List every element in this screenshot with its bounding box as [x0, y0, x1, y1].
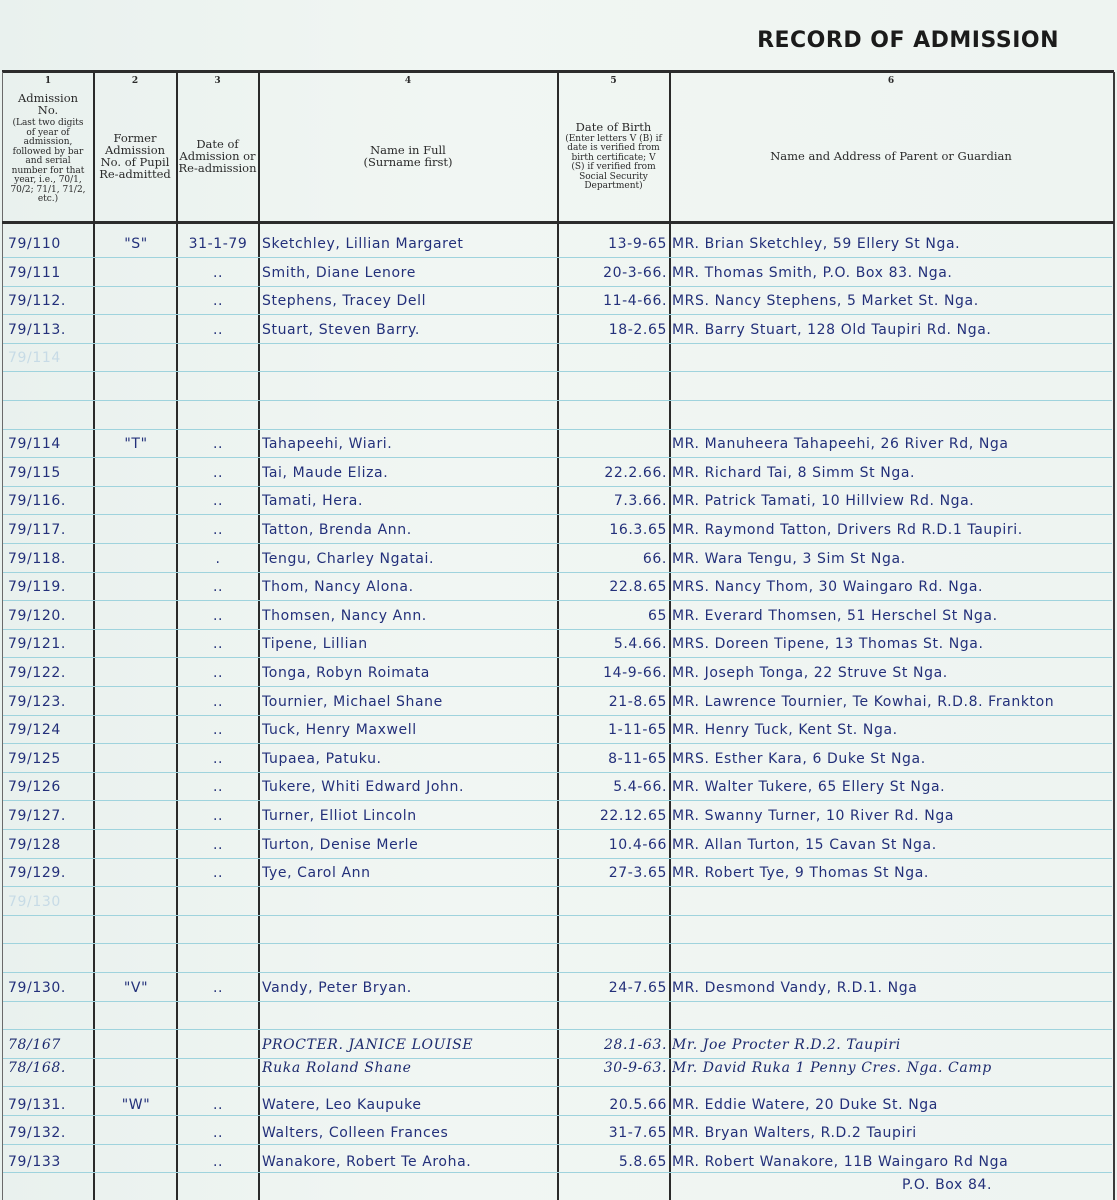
parent-guardian-cell: MR. Joseph Tonga, 22 Struve St Nga.	[672, 659, 1112, 687]
parent-guardian-cell: MRS. Nancy Thom, 30 Waingaro Rd. Nga.	[672, 573, 1112, 601]
admission-number-cell: 79/111	[8, 259, 92, 287]
parent-guardian-cell: MRS. Doreen Tipene, 13 Thomas St. Nga.	[672, 630, 1112, 658]
admission-date-cell: .	[180, 545, 256, 573]
column-divider	[557, 72, 559, 1200]
column-note: (Enter letters V (B) if date is verified…	[564, 135, 664, 192]
admission-date-cell: ..	[180, 516, 256, 544]
admission-number-cell: 79/130	[8, 888, 92, 916]
former-admission-cell	[100, 888, 172, 916]
date-of-birth-cell: 10.4-66	[560, 831, 667, 859]
former-admission-cell	[100, 344, 172, 372]
pupil-name-cell: Tai, Maude Eliza.	[262, 459, 556, 487]
date-of-birth-cell: 1-11-65	[560, 716, 667, 744]
admission-number-cell: 79/126	[8, 773, 92, 801]
column-heading: Admission No.	[18, 92, 78, 116]
column-heading: Name and Address of Parent or Guardian	[770, 150, 1012, 162]
admission-date-cell: ..	[180, 1091, 256, 1119]
date-of-birth-cell	[560, 1171, 667, 1199]
column-header-parent-guardian: 6 Name and Address of Parent or Guardian	[670, 76, 1112, 220]
former-admission-cell: "V"	[100, 974, 172, 1002]
admission-date-cell: ..	[180, 287, 256, 315]
ruled-line	[3, 943, 1112, 944]
admission-number-cell: 79/118.	[8, 545, 92, 573]
admission-number-cell: 79/116.	[8, 487, 92, 515]
column-note: (Surname first)	[363, 156, 452, 168]
admission-date-cell	[180, 888, 256, 916]
parent-guardian-cell: MR. Eddie Watere, 20 Duke St. Nga	[672, 1091, 1112, 1119]
date-of-birth-cell: 22.12.65	[560, 802, 667, 830]
parent-guardian-cell: MR. Patrick Tamati, 10 Hillview Rd. Nga.	[672, 487, 1112, 515]
ruled-line	[3, 400, 1112, 401]
column-number: 1	[45, 76, 51, 86]
date-of-birth-cell: 22.8.65	[560, 573, 667, 601]
column-header-admission-no: 1 Admission No. (Last two digits of year…	[3, 76, 93, 220]
pupil-name-cell: Tonga, Robyn Roimata	[262, 659, 556, 687]
date-of-birth-cell: 30-9-63.	[560, 1054, 667, 1082]
pupil-name-cell: Walters, Colleen Frances	[262, 1119, 556, 1147]
column-divider	[258, 72, 260, 1200]
parent-guardian-cell: MR. Everard Thomsen, 51 Herschel St Nga.	[672, 602, 1112, 630]
former-admission-cell	[100, 602, 172, 630]
pupil-name-cell	[262, 1171, 556, 1199]
admission-date-cell	[180, 344, 256, 372]
parent-guardian-cell: MR. Thomas Smith, P.O. Box 83. Nga.	[672, 259, 1112, 287]
date-of-birth-cell	[560, 344, 667, 372]
parent-guardian-cell: MR. Allan Turton, 15 Cavan St Nga.	[672, 831, 1112, 859]
admission-number-cell: 79/121.	[8, 630, 92, 658]
parent-guardian-cell: Mr. David Ruka 1 Penny Cres. Nga. Camp	[672, 1054, 1112, 1082]
former-admission-cell	[100, 773, 172, 801]
date-of-birth-cell	[560, 888, 667, 916]
parent-guardian-cell: MR. Swanny Turner, 10 River Rd. Nga	[672, 802, 1112, 830]
admission-date-cell: ..	[180, 316, 256, 344]
admission-date-cell: ..	[180, 630, 256, 658]
pupil-name-cell: Tatton, Brenda Ann.	[262, 516, 556, 544]
admission-number-cell: 79/115	[8, 459, 92, 487]
date-of-birth-cell: 18-2.65	[560, 316, 667, 344]
column-header-date-of-admission: 3 Date of Admission or Re-admission	[177, 76, 258, 220]
former-admission-cell	[100, 516, 172, 544]
date-of-birth-cell: 14-9-66.	[560, 659, 667, 687]
date-of-birth-cell: 65	[560, 602, 667, 630]
former-admission-cell	[100, 487, 172, 515]
former-admission-cell	[100, 802, 172, 830]
parent-guardian-cell: MRS. Nancy Stephens, 5 Market St. Nga.	[672, 287, 1112, 315]
column-note: (Last two digits of year of admission, f…	[7, 119, 89, 205]
pupil-name-cell	[262, 344, 556, 372]
former-admission-cell: "W"	[100, 1091, 172, 1119]
pupil-name-cell: Watere, Leo Kaupuke	[262, 1091, 556, 1119]
former-admission-cell: "S"	[100, 230, 172, 258]
admission-date-cell: ..	[180, 430, 256, 458]
parent-guardian-cell: MR. Bryan Walters, R.D.2 Taupiri	[672, 1119, 1112, 1147]
admission-number-cell: 79/114	[8, 430, 92, 458]
admission-number-cell: 79/130.	[8, 974, 92, 1002]
admission-date-cell: ..	[180, 745, 256, 773]
parent-guardian-cell: MR. Brian Sketchley, 59 Ellery St Nga.	[672, 230, 1112, 258]
column-heading: Date of Birth	[564, 121, 664, 133]
parent-guardian-cell: MR. Walter Tukere, 65 Ellery St Nga.	[672, 773, 1112, 801]
parent-guardian-cell: MR. Wara Tengu, 3 Sim St Nga.	[672, 545, 1112, 573]
pupil-name-cell: Sketchley, Lillian Margaret	[262, 230, 556, 258]
column-number: 6	[888, 76, 894, 86]
admission-date-cell: ..	[180, 688, 256, 716]
parent-guardian-cell: MR. Henry Tuck, Kent St. Nga.	[672, 716, 1112, 744]
admission-number-cell: 79/128	[8, 831, 92, 859]
pupil-name-cell: Tipene, Lillian	[262, 630, 556, 658]
admission-date-cell: ..	[180, 259, 256, 287]
date-of-birth-cell: 8-11-65	[560, 745, 667, 773]
admission-number-cell: 79/125	[8, 745, 92, 773]
former-admission-cell	[100, 573, 172, 601]
column-heading: Former Admission No. of Pupil Re-admitte…	[98, 132, 172, 180]
pupil-name-cell: Tukere, Whiti Edward John.	[262, 773, 556, 801]
column-number: 4	[405, 76, 411, 86]
former-admission-cell	[100, 859, 172, 887]
admission-number-cell: 79/132.	[8, 1119, 92, 1147]
parent-guardian-cell: MR. Manuheera Tahapeehi, 26 River Rd, Ng…	[672, 430, 1112, 458]
column-divider	[93, 72, 95, 1200]
date-of-birth-cell	[560, 430, 667, 458]
admission-date-cell: ..	[180, 459, 256, 487]
parent-guardian-cell	[672, 888, 1112, 916]
admission-number-cell: 79/114	[8, 344, 92, 372]
date-of-birth-cell: 5.4.66.	[560, 630, 667, 658]
pupil-name-cell: Thom, Nancy Alona.	[262, 573, 556, 601]
admission-date-cell: ..	[180, 974, 256, 1002]
former-admission-cell	[100, 716, 172, 744]
admission-date-cell: ..	[180, 773, 256, 801]
register-page: RECORD OF ADMISSION 1 Admission No. (Las…	[0, 0, 1117, 1200]
admission-date-cell: ..	[180, 716, 256, 744]
column-number: 5	[610, 76, 616, 86]
parent-guardian-cell: MR. Lawrence Tournier, Te Kowhai, R.D.8.…	[672, 688, 1112, 716]
former-admission-cell	[100, 659, 172, 687]
former-admission-cell	[100, 831, 172, 859]
pupil-name-cell: Tye, Carol Ann	[262, 859, 556, 887]
pupil-name-cell: Vandy, Peter Bryan.	[262, 974, 556, 1002]
date-of-birth-cell: 5.4-66.	[560, 773, 667, 801]
admission-number-cell: 79/113.	[8, 316, 92, 344]
pupil-name-cell: Turton, Denise Merle	[262, 831, 556, 859]
admission-number-cell: 79/120.	[8, 602, 92, 630]
admission-number-cell: 79/110	[8, 230, 92, 258]
pupil-name-cell: Tengu, Charley Ngatai.	[262, 545, 556, 573]
former-admission-cell	[100, 630, 172, 658]
pupil-name-cell: Tuck, Henry Maxwell	[262, 716, 556, 744]
admission-number-cell: 79/119.	[8, 573, 92, 601]
former-admission-cell	[100, 1054, 172, 1082]
parent-guardian-cell: P.O. Box 84.	[672, 1171, 1117, 1199]
pupil-name-cell: Stuart, Steven Barry.	[262, 316, 556, 344]
admission-number-cell: 79/129.	[8, 859, 92, 887]
date-of-birth-cell: 21-8.65	[560, 688, 667, 716]
admission-date-cell: ..	[180, 602, 256, 630]
column-number: 2	[132, 76, 138, 86]
column-heading: Date of Admission or Re-admission	[179, 138, 257, 174]
column-number: 3	[214, 76, 220, 86]
admission-number-cell: 79/131.	[8, 1091, 92, 1119]
parent-guardian-cell: MR. Richard Tai, 8 Simm St Nga.	[672, 459, 1112, 487]
former-admission-cell: "T"	[100, 430, 172, 458]
pupil-name-cell: Turner, Elliot Lincoln	[262, 802, 556, 830]
date-of-birth-cell: 11-4-66.	[560, 287, 667, 315]
admission-date-cell: ..	[180, 831, 256, 859]
pupil-name-cell: Smith, Diane Lenore	[262, 259, 556, 287]
date-of-birth-cell: 13-9-65	[560, 230, 667, 258]
former-admission-cell	[100, 545, 172, 573]
date-of-birth-cell: 66.	[560, 545, 667, 573]
date-of-birth-cell: 27-3.65	[560, 859, 667, 887]
admission-number-cell: 79/122.	[8, 659, 92, 687]
parent-guardian-cell: MR. Barry Stuart, 128 Old Taupiri Rd. Ng…	[672, 316, 1112, 344]
former-admission-cell	[100, 745, 172, 773]
pupil-name-cell: Stephens, Tracey Dell	[262, 287, 556, 315]
admission-number-cell	[8, 1171, 92, 1199]
admission-date-cell	[180, 1054, 256, 1082]
column-divider	[669, 72, 671, 1200]
pupil-name-cell: Tamati, Hera.	[262, 487, 556, 515]
parent-guardian-cell: MR. Raymond Tatton, Drivers Rd R.D.1 Tau…	[672, 516, 1112, 544]
former-admission-cell	[100, 287, 172, 315]
page-title: RECORD OF ADMISSION	[757, 28, 1059, 53]
parent-guardian-cell: MR. Desmond Vandy, R.D.1. Nga	[672, 974, 1112, 1002]
ruled-line	[3, 1086, 1112, 1087]
date-of-birth-cell: 16.3.65	[560, 516, 667, 544]
former-admission-cell	[100, 316, 172, 344]
column-divider	[176, 72, 178, 1200]
admission-number-cell: 79/112.	[8, 287, 92, 315]
admission-date-cell: ..	[180, 1119, 256, 1147]
admission-number-cell: 78/168.	[8, 1054, 92, 1082]
column-header-date-of-birth: 5 Date of Birth (Enter letters V (B) if …	[558, 76, 669, 220]
former-admission-cell	[100, 1119, 172, 1147]
admission-date-cell: ..	[180, 659, 256, 687]
date-of-birth-cell: 20-3-66.	[560, 259, 667, 287]
admission-date-cell: ..	[180, 859, 256, 887]
parent-guardian-cell: MR. Robert Tye, 9 Thomas St Nga.	[672, 859, 1112, 887]
pupil-name-cell: Thomsen, Nancy Ann.	[262, 602, 556, 630]
admission-date-cell	[180, 1171, 256, 1199]
date-of-birth-cell: 24-7.65	[560, 974, 667, 1002]
former-admission-cell	[100, 688, 172, 716]
admission-number-cell: 79/117.	[8, 516, 92, 544]
admission-number-cell: 79/123.	[8, 688, 92, 716]
admission-date-cell: ..	[180, 487, 256, 515]
column-header-name-in-full: 4 Name in Full (Surname first)	[259, 76, 557, 220]
pupil-name-cell	[262, 888, 556, 916]
parent-guardian-cell	[672, 344, 1112, 372]
column-header-former-admission: 2 Former Admission No. of Pupil Re-admit…	[94, 76, 176, 220]
date-of-birth-cell: 31-7.65	[560, 1119, 667, 1147]
date-of-birth-cell: 22.2.66.	[560, 459, 667, 487]
admission-date-cell: 31-1-79	[180, 230, 256, 258]
pupil-name-cell: Ruka Roland Shane	[262, 1054, 556, 1082]
date-of-birth-cell: 20.5.66	[560, 1091, 667, 1119]
pupil-name-cell: Tupaea, Patuku.	[262, 745, 556, 773]
admission-number-cell: 79/127.	[8, 802, 92, 830]
parent-guardian-cell: MRS. Esther Kara, 6 Duke St Nga.	[672, 745, 1112, 773]
former-admission-cell	[100, 1171, 172, 1199]
former-admission-cell	[100, 459, 172, 487]
pupil-name-cell: Tournier, Michael Shane	[262, 688, 556, 716]
admission-date-cell: ..	[180, 573, 256, 601]
admission-number-cell: 79/124	[8, 716, 92, 744]
pupil-name-cell: Tahapeehi, Wiari.	[262, 430, 556, 458]
date-of-birth-cell: 7.3.66.	[560, 487, 667, 515]
admission-date-cell: ..	[180, 802, 256, 830]
former-admission-cell	[100, 259, 172, 287]
